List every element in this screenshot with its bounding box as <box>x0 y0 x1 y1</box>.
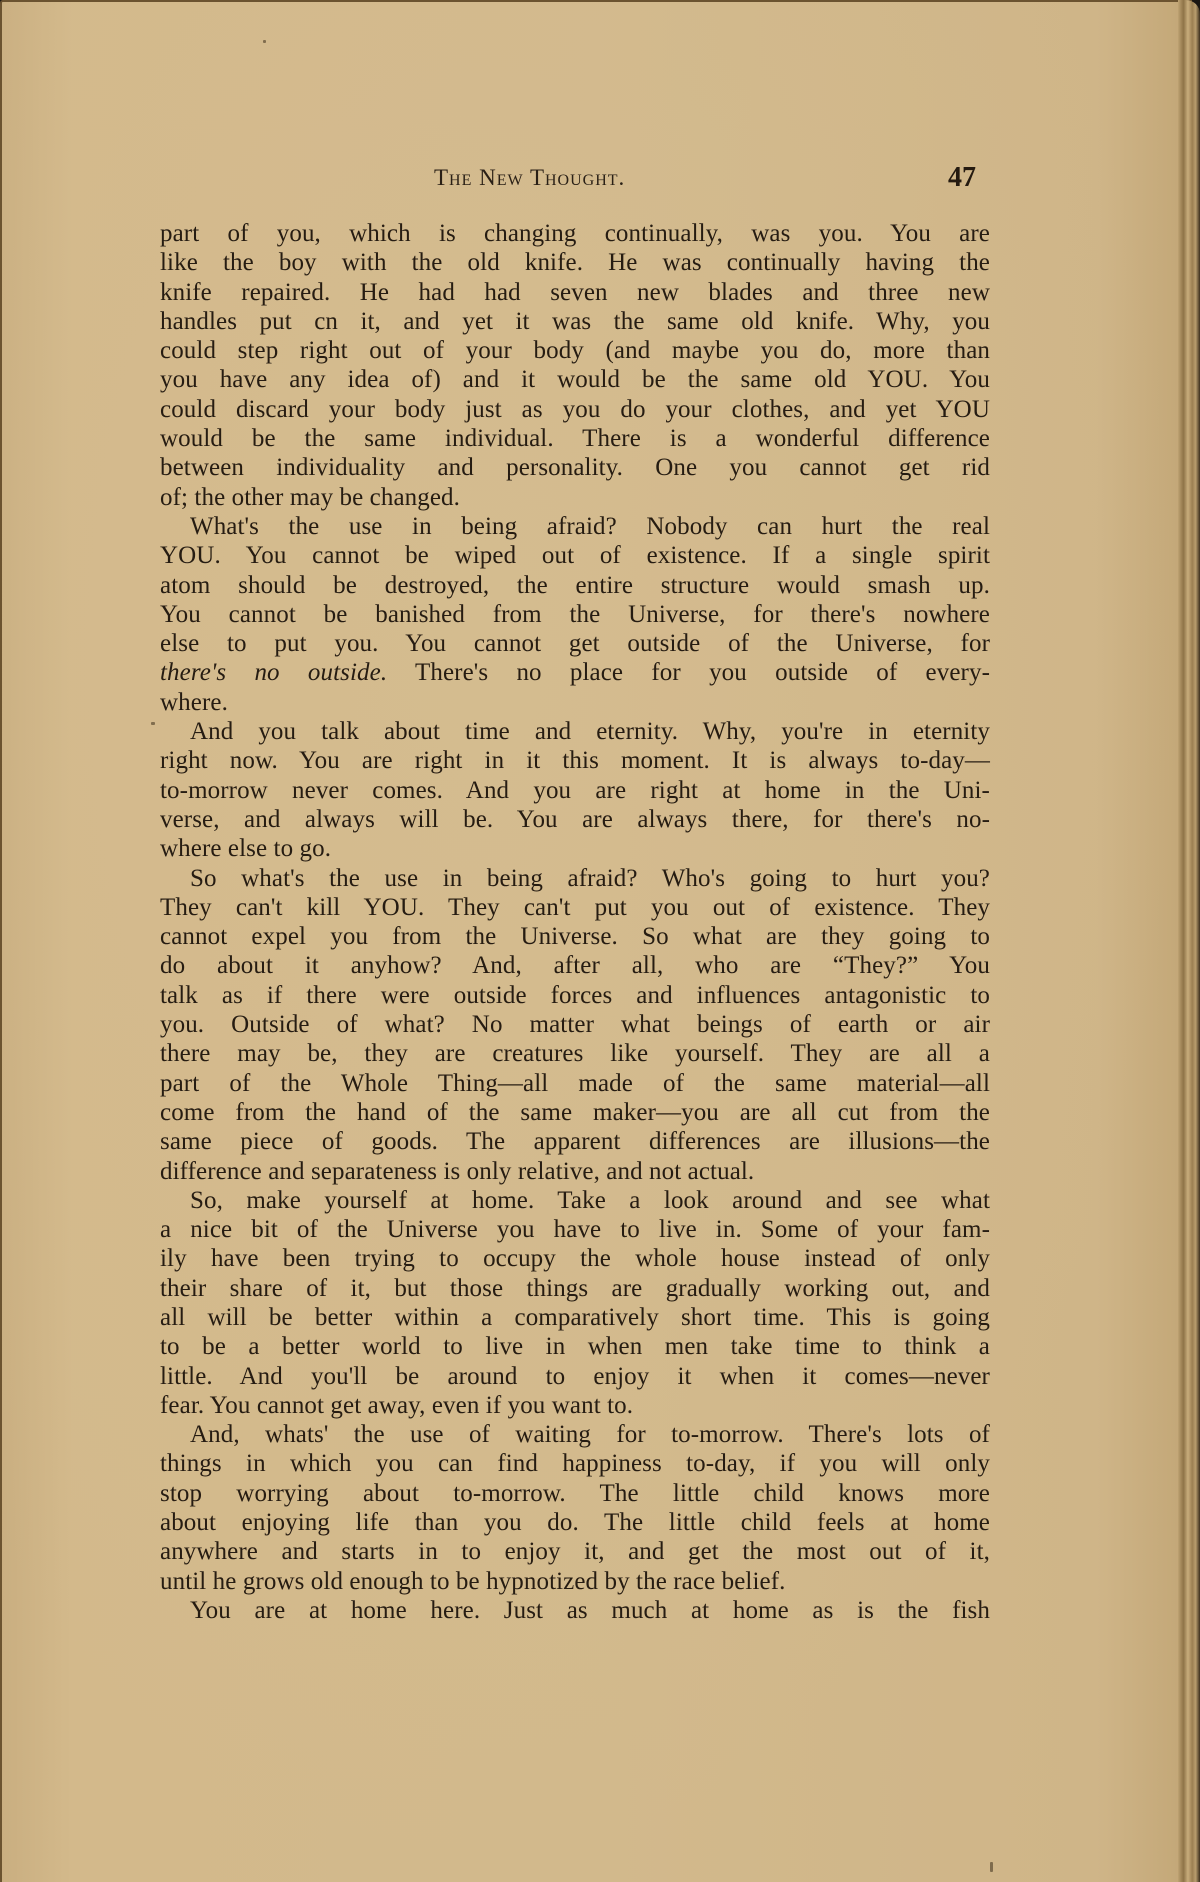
text-line: of; the other may be changed. <box>160 483 990 512</box>
text-line: there's no outside. There's no place for… <box>160 658 990 687</box>
line-text: You are at home here. Just as much at ho… <box>190 1597 990 1624</box>
line-text: So what's the use in being afraid? Who's… <box>190 865 990 892</box>
line-text: between individuality and personality. O… <box>160 454 990 481</box>
line-text: talk as if there were outside forces and… <box>160 982 990 1009</box>
line-text: knife repaired. He had had seven new bla… <box>160 279 990 306</box>
line-text: could step right out of your body (and m… <box>160 337 990 364</box>
line-text: same piece of goods. The apparent differ… <box>160 1128 990 1155</box>
text-line: would be the same individual. There is a… <box>160 424 990 453</box>
text-line: to be a better world to live in when men… <box>160 1332 990 1361</box>
text-line: part of the Whole Thing—all made of the … <box>160 1069 990 1098</box>
line-text: you have any idea of) and it would be th… <box>160 366 990 393</box>
text-line: come from the hand of the same maker—you… <box>160 1098 990 1127</box>
line-text: So, make yourself at home. Take a look a… <box>190 1187 990 1214</box>
text-line: could step right out of your body (and m… <box>160 336 990 365</box>
text-line: you. Outside of what? No matter what bei… <box>160 1010 990 1039</box>
line-text: part of the Whole Thing—all made of the … <box>160 1070 990 1097</box>
line-text: all will be better within a comparativel… <box>160 1304 990 1331</box>
line-text: What's the use in being afraid? Nobody c… <box>190 513 990 540</box>
line-text: right now. You are right in it this mome… <box>160 747 990 774</box>
book-page: The New Thought. 47 part of you, which i… <box>0 0 1192 1882</box>
text-line: else to put you. You cannot get outside … <box>160 629 990 658</box>
text-line: stop worrying about to-morrow. The littl… <box>160 1479 990 1508</box>
line-text: a nice bit of the Universe you have to l… <box>160 1216 990 1243</box>
text-line: same piece of goods. The apparent differ… <box>160 1127 990 1156</box>
line-text: where else to go. <box>160 835 331 862</box>
line-text: They can't kill YOU. They can't put you … <box>160 894 990 921</box>
line-text: there may be, they are creatures like yo… <box>160 1040 990 1067</box>
text-line: right now. You are right in it this mome… <box>160 746 990 775</box>
text-line: fear. You cannot get away, even if you w… <box>160 1391 990 1420</box>
line-text: things in which you can find happiness t… <box>160 1450 990 1477</box>
line-text: And, whats' the use of waiting for to-mo… <box>190 1421 990 1448</box>
line-text: to be a better world to live in when men… <box>160 1333 990 1360</box>
line-text: until he grows old enough to be hypnotiz… <box>160 1568 785 1595</box>
body-text: part of you, which is changing continual… <box>160 219 990 1625</box>
running-title: The New Thought. <box>434 158 625 198</box>
text-line: talk as if there were outside forces and… <box>160 981 990 1010</box>
text-line: part of you, which is changing continual… <box>160 219 990 248</box>
text-line: And you talk about time and eternity. Wh… <box>160 717 990 746</box>
text-line: their share of it, but those things are … <box>160 1274 990 1303</box>
text-line: about enjoying life than you do. The lit… <box>160 1508 990 1537</box>
text-line: And, whats' the use of waiting for to-mo… <box>160 1420 990 1449</box>
text-line: to-morrow never comes. And you are right… <box>160 776 990 805</box>
text-line: knife repaired. He had had seven new bla… <box>160 278 990 307</box>
line-text: verse, and always will be. You are alway… <box>160 806 990 833</box>
page-header: The New Thought. 47 <box>0 158 1200 198</box>
line-text: difference and separateness is only rela… <box>160 1158 754 1185</box>
text-line: until he grows old enough to be hypnotiz… <box>160 1567 990 1596</box>
text-line: could discard your body just as you do y… <box>160 395 990 424</box>
line-text: come from the hand of the same maker—you… <box>160 1099 990 1126</box>
line-text: stop worrying about to-morrow. The littl… <box>160 1480 990 1507</box>
text-line: handles put cn it, and yet it was the sa… <box>160 307 990 336</box>
line-text: their share of it, but those things are … <box>160 1275 990 1302</box>
text-line: difference and separateness is only rela… <box>160 1157 990 1186</box>
text-line: YOU. You cannot be wiped out of existenc… <box>160 541 990 570</box>
line-text: about enjoying life than you do. The lit… <box>160 1509 990 1536</box>
page-edge-stack <box>1178 0 1200 1882</box>
text-line: atom should be destroyed, the entire str… <box>160 571 990 600</box>
paper-speck <box>990 1862 993 1872</box>
line-text: else to put you. You cannot get outside … <box>160 630 990 657</box>
text-line: You cannot be banished from the Universe… <box>160 600 990 629</box>
text-line: things in which you can find happiness t… <box>160 1449 990 1478</box>
text-line: like the boy with the old knife. He was … <box>160 248 990 277</box>
text-line: verse, and always will be. You are alway… <box>160 805 990 834</box>
text-line: do about it anyhow? And, after all, who … <box>160 951 990 980</box>
text-line: What's the use in being afraid? Nobody c… <box>160 512 990 541</box>
line-text: handles put cn it, and yet it was the sa… <box>160 308 990 335</box>
line-text: There's no place for you outside of ever… <box>387 659 990 686</box>
text-line: between individuality and personality. O… <box>160 453 990 482</box>
text-line: there may be, they are creatures like yo… <box>160 1039 990 1068</box>
text-line: anywhere and starts in to enjoy it, and … <box>160 1537 990 1566</box>
text-line: You are at home here. Just as much at ho… <box>160 1596 990 1625</box>
text-line: a nice bit of the Universe you have to l… <box>160 1215 990 1244</box>
line-text: do about it anyhow? And, after all, who … <box>160 952 990 979</box>
page-number: 47 <box>948 158 976 198</box>
line-text: cannot expel you from the Universe. So w… <box>160 923 990 950</box>
text-line: little. And you'll be around to enjoy it… <box>160 1362 990 1391</box>
paper-speck <box>151 722 155 725</box>
text-line: So, make yourself at home. Take a look a… <box>160 1186 990 1215</box>
line-text: You cannot be banished from the Universe… <box>160 601 990 628</box>
line-text: of; the other may be changed. <box>160 484 460 511</box>
text-line: you have any idea of) and it would be th… <box>160 365 990 394</box>
text-line: all will be better within a comparativel… <box>160 1303 990 1332</box>
line-text: little. And you'll be around to enjoy it… <box>160 1363 990 1390</box>
line-text: to-morrow never comes. And you are right… <box>160 777 990 804</box>
line-text: anywhere and starts in to enjoy it, and … <box>160 1538 990 1565</box>
text-line: where. <box>160 688 990 717</box>
line-text: atom should be destroyed, the entire str… <box>160 572 990 599</box>
text-line: So what's the use in being afraid? Who's… <box>160 864 990 893</box>
text-line: They can't kill YOU. They can't put you … <box>160 893 990 922</box>
paper-speck <box>263 40 266 43</box>
line-text: ily have been trying to occupy the whole… <box>160 1245 990 1272</box>
line-text: like the boy with the old knife. He was … <box>160 249 990 276</box>
line-text: part of you, which is changing continual… <box>160 220 990 247</box>
line-text: could discard your body just as you do y… <box>160 396 990 423</box>
text-line: cannot expel you from the Universe. So w… <box>160 922 990 951</box>
line-text: fear. You cannot get away, even if you w… <box>160 1392 633 1419</box>
line-text: And you talk about time and eternity. Wh… <box>190 718 990 745</box>
line-text: you. Outside of what? No matter what bei… <box>160 1011 990 1038</box>
line-text: where. <box>160 689 228 716</box>
line-text: would be the same individual. There is a… <box>160 425 990 452</box>
text-line: where else to go. <box>160 834 990 863</box>
line-text: YOU. You cannot be wiped out of existenc… <box>160 542 990 569</box>
italic-emphasis: there's no outside. <box>160 659 387 686</box>
text-line: ily have been trying to occupy the whole… <box>160 1244 990 1273</box>
